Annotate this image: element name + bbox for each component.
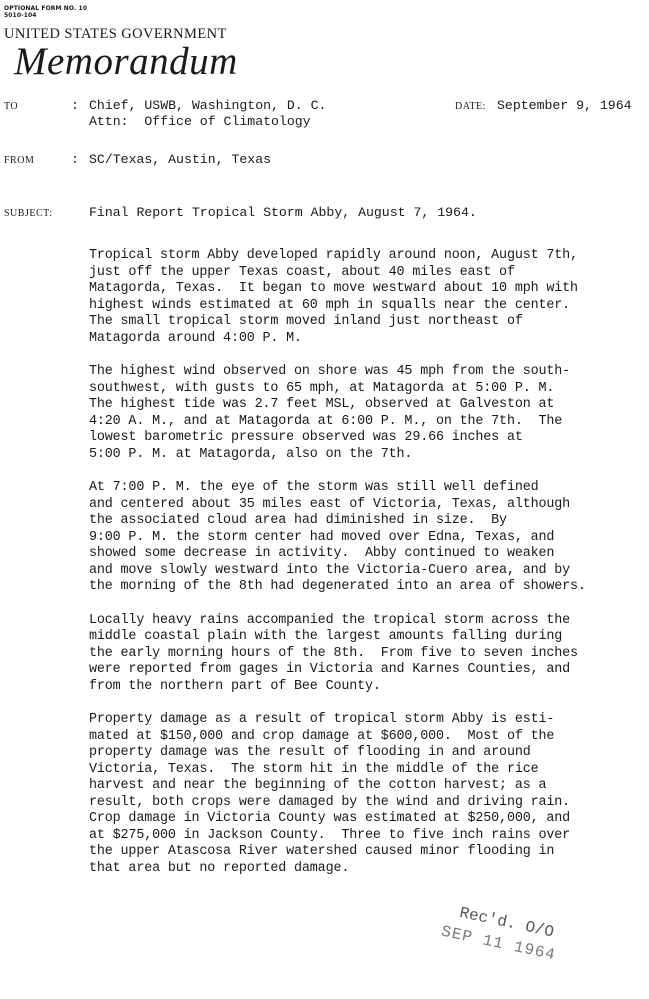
memo-body: Tropical storm Abby developed rapidly ar… <box>89 248 649 894</box>
to-colon: : <box>71 98 79 113</box>
received-stamp: Rec'd. O/O SEP 11 1964 <box>453 902 563 966</box>
attn-value: Attn: Office of Climatology <box>89 114 311 130</box>
from-label: FROM <box>4 155 34 166</box>
date-value: September 9, 1964 <box>497 98 632 114</box>
to-value: Chief, USWB, Washington, D. C. <box>89 98 326 114</box>
paragraph-observations: The highest wind observed on shore was 4… <box>89 364 649 463</box>
form-number-line1: OPTIONAL FORM NO. 10 <box>4 5 87 12</box>
paragraph-track: At 7:00 P. M. the eye of the storm was s… <box>89 480 649 596</box>
page-title: Memorandum <box>14 40 238 84</box>
paragraph-formation: Tropical storm Abby developed rapidly ar… <box>89 248 649 347</box>
date-label: DATE: <box>455 101 486 112</box>
to-label: TO <box>4 101 18 112</box>
subject-value: Final Report Tropical Storm Abby, August… <box>89 205 477 221</box>
paragraph-damage: Property damage as a result of tropical … <box>89 712 649 877</box>
from-colon: : <box>71 152 79 167</box>
form-number: OPTIONAL FORM NO. 10 5010-104 <box>4 5 87 19</box>
paragraph-rainfall: Locally heavy rains accompanied the trop… <box>89 613 649 696</box>
from-value: SC/Texas, Austin, Texas <box>89 152 271 168</box>
subject-label: SUBJECT: <box>4 208 53 219</box>
form-number-line2: 5010-104 <box>4 12 87 19</box>
